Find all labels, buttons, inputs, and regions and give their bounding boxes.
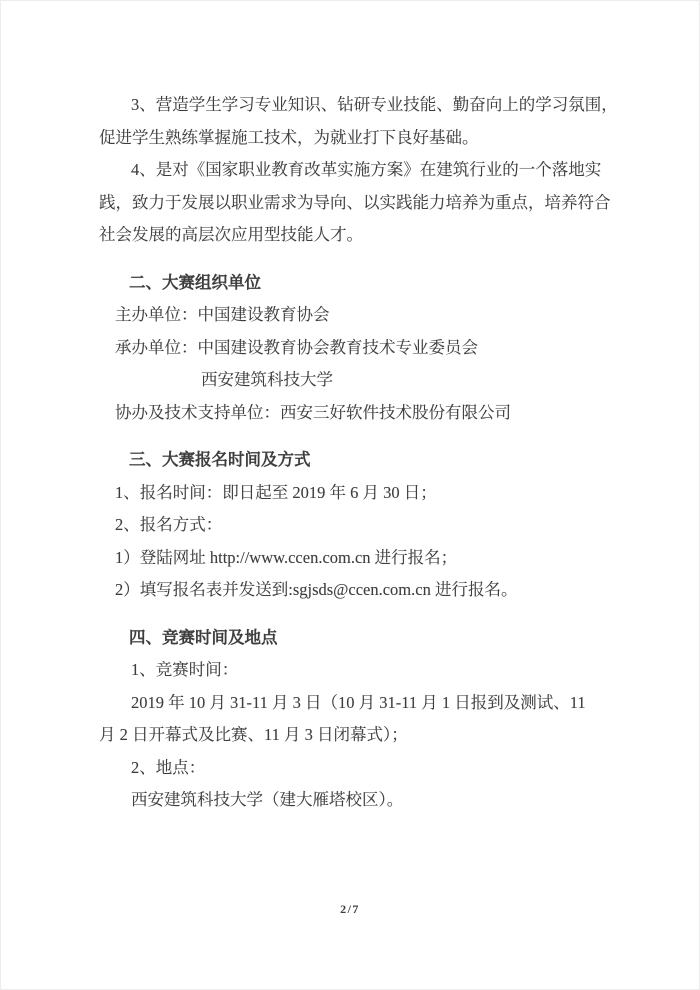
text-line: 承办单位：中国建设教育协会教育技术专业委员会 <box>99 332 659 365</box>
text-line: 2019 年 10 月 31-11 月 3 日（10 月 31-11 月 1 日… <box>99 687 659 720</box>
text-line: 1、报名时间：即日起至 2019 年 6 月 30 日； <box>99 477 659 510</box>
text-line: 促进学生熟练掌握施工技术，为就业打下良好基础。 <box>99 122 659 155</box>
text-line: 社会发展的高层次应用型技能人才。 <box>99 219 659 252</box>
text-line: 4、是对《国家职业教育改革实施方案》在建筑行业的一个落地实 <box>99 154 659 187</box>
section-heading: 三、大赛报名时间及方式 <box>99 444 659 477</box>
section-heading: 四、竞赛时间及地点 <box>99 622 659 655</box>
text-line: 月 2 日开幕式及比赛、11 月 3 日闭幕式）； <box>99 719 659 752</box>
document-page: 3、营造学生学习专业知识、钻研专业技能、勤奋向上的学习氛围，促进学生熟练掌握施工… <box>0 0 700 990</box>
section-heading: 二、大赛组织单位 <box>99 267 659 300</box>
text-line: 西安建筑科技大学（建大雁塔校区）。 <box>99 784 659 817</box>
text-line: 协办及技术支持单位：西安三好软件技术股份有限公司 <box>99 397 659 430</box>
text-line: 1）登陆网址 http://www.ccen.com.cn 进行报名； <box>99 542 659 575</box>
text-line: 1、竞赛时间： <box>99 654 659 687</box>
text-line: 主办单位：中国建设教育协会 <box>99 299 659 332</box>
text-line: 践，致力于发展以职业需求为导向、以实践能力培养为重点，培养符合 <box>99 187 659 220</box>
page-number: 2/7 <box>1 902 699 917</box>
text-line: 西安建筑科技大学 <box>99 364 659 397</box>
document-body: 3、营造学生学习专业知识、钻研专业技能、勤奋向上的学习氛围，促进学生熟练掌握施工… <box>99 89 659 817</box>
text-line: 2、地点： <box>99 752 659 785</box>
text-line: 2、报名方式： <box>99 509 659 542</box>
text-line: 2）填写报名表并发送到:sgjsds@ccen.com.cn 进行报名。 <box>99 574 659 607</box>
text-line: 3、营造学生学习专业知识、钻研专业技能、勤奋向上的学习氛围， <box>99 89 659 122</box>
